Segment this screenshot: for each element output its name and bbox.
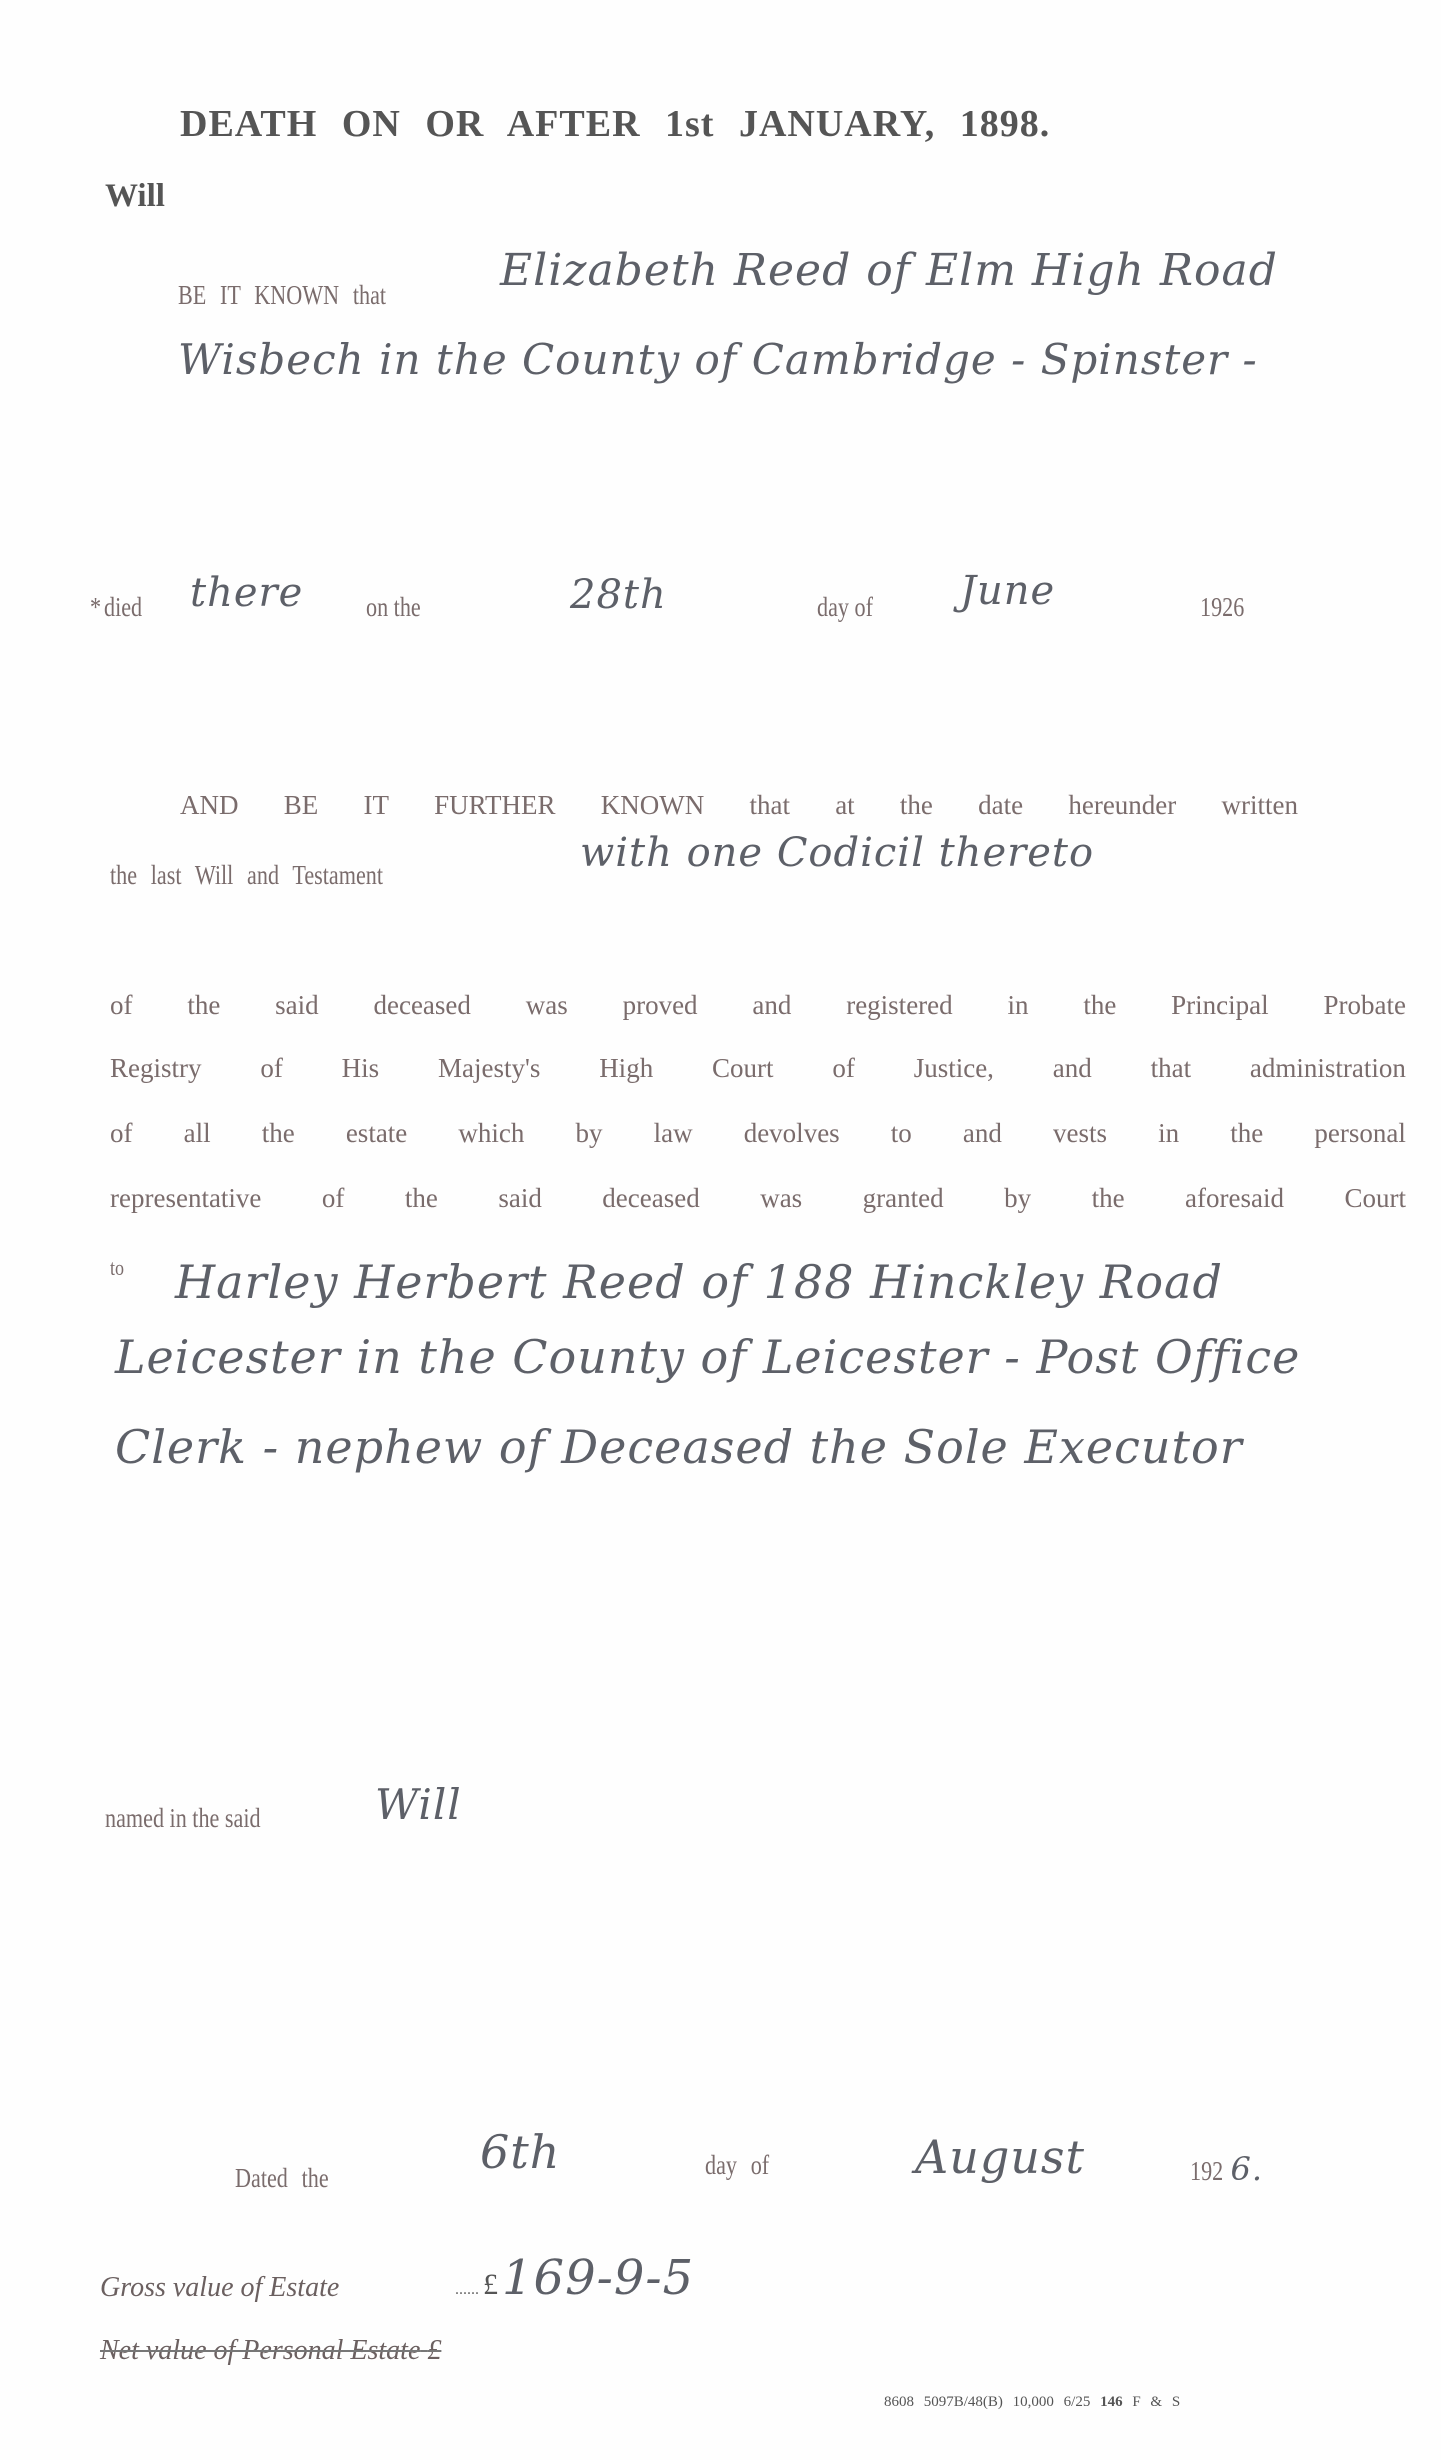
word: the [1092,1183,1125,1214]
paragraph-line-3: of all the estate which by law devolves … [110,1118,1406,1149]
dated-day-handwritten: 6th [480,2125,560,2179]
word: in [1007,990,1028,1021]
dated-year-printed: 192 [1190,2156,1223,2187]
word: Justice, [914,1053,994,1084]
word: the [900,790,933,821]
word: Registry [110,1053,202,1084]
died-label: died [104,592,142,623]
word: aforesaid [1185,1183,1284,1214]
word: High [599,1053,653,1084]
word: Court [1344,1183,1406,1214]
word: the [262,1118,295,1149]
named-in-said-label: named in the said [105,1803,261,1834]
gross-value-handwritten: 169-9-5 [502,2250,694,2306]
paragraph-line-2: Registry of His Majesty's High Court of … [110,1053,1406,1084]
word: BE [284,790,319,821]
word: Majesty's [438,1053,540,1084]
print-run: 10,000 [1013,2394,1054,2410]
codicil-handwritten: with one Codicil thereto [580,830,1094,876]
word: and [963,1118,1002,1149]
net-value-label-struck: Net value of Personal Estate £ [100,2335,441,2367]
word: and [752,990,791,1021]
printer-name: F & S [1132,2394,1180,2410]
word: hereunder [1068,790,1176,821]
death-place-handwritten: there [190,570,303,616]
word: estate [346,1118,407,1149]
grantee-line-2: Leicester in the County of Leicester - P… [115,1330,1300,1384]
word: of [832,1053,855,1084]
word: representative [110,1183,261,1214]
word: of [110,1118,133,1149]
word: granted [863,1183,944,1214]
death-year: 1926 [1200,592,1244,623]
word: proved [623,990,698,1021]
word: Probate [1323,990,1405,1021]
be-it-known-label: BE IT KNOWN that [178,280,386,311]
word: that [1151,1053,1192,1084]
deceased-name-handwritten: Elizabeth Reed of Elm High Road [500,245,1278,296]
word: Court [712,1053,774,1084]
word: registered [846,990,952,1021]
word: of [110,990,133,1021]
word: vests [1053,1118,1107,1149]
word: deceased [373,990,470,1021]
word: personal [1314,1118,1405,1149]
word: devolves [744,1118,840,1149]
document-title: DEATH ON OR AFTER 1st JANUARY, 1898. [180,103,1050,145]
gross-dots: ...... [455,2281,479,2298]
form-ref: 5097B/48(B) [924,2394,1003,2410]
word: written [1222,790,1298,821]
dated-year: 1926. [1190,2150,1263,2188]
dated-year-handwritten: 6. [1231,2150,1264,2188]
dated-day-of-label: day of [705,2150,769,2181]
form-code: 8608 [884,2394,914,2410]
named-will-handwritten: Will [375,1780,462,1829]
net-value-label: Net value of Personal Estate [100,2335,420,2366]
dated-label: Dated the [235,2163,329,2194]
day-of-label: day of [817,592,873,623]
word: FURTHER [434,790,555,821]
paragraph-line-4: representative of the said deceased was … [110,1183,1406,1214]
word: of [322,1183,345,1214]
grantee-line-1: Harley Herbert Reed of 188 Hinckley Road [175,1255,1223,1309]
print-date: 6/25 [1064,2394,1091,2410]
word: and [1053,1053,1092,1084]
on-the-label: on the [366,592,421,623]
word: said [498,1183,542,1214]
word: deceased [602,1183,699,1214]
pound-sign: £ [483,2268,498,2301]
further-known-line: AND BE IT FURTHER KNOWN that at the date… [180,790,1298,821]
word: Principal [1171,990,1268,1021]
word: the [405,1183,438,1214]
gross-value-label: Gross value of Estate [100,2272,339,2304]
grantee-line-3: Clerk - nephew of Deceased the Sole Exec… [115,1420,1243,1474]
death-date-line: * died there on the 28th day of June 192… [90,592,1390,652]
word: in [1158,1118,1179,1149]
footnote-marker: * [90,592,101,623]
word: the [187,990,220,1021]
net-pound-sign: £ [427,2335,441,2366]
printer-codes: 8608 5097B/48(B) 10,000 6/25 146 F & S [884,2394,1180,2411]
death-month-handwritten: June [960,568,1055,614]
paragraph-line-1: of the said deceased was proved and regi… [110,990,1406,1021]
word: to [891,1118,912,1149]
word: of [260,1053,283,1084]
word: AND [180,790,239,821]
to-label: to [110,1255,124,1281]
death-day-handwritten: 28th [570,572,667,618]
word: law [654,1118,693,1149]
word: which [458,1118,524,1149]
word: the [1230,1118,1263,1149]
gross-value: ...... £ 169-9-5 [455,2250,694,2306]
word: that [749,790,790,821]
word: said [275,990,319,1021]
word: IT [363,790,388,821]
word: was [760,1183,802,1214]
form-number: 146 [1100,2394,1123,2410]
word: by [576,1118,603,1149]
last-will-label: the last Will and Testament [110,860,383,891]
word: at [835,790,855,821]
word: all [184,1118,211,1149]
deceased-address-handwritten: Wisbech in the County of Cambridge - Spi… [178,335,1258,384]
word: His [342,1053,380,1084]
word: date [978,790,1023,821]
word: KNOWN [601,790,704,821]
word: by [1004,1183,1031,1214]
word: administration [1250,1053,1406,1084]
word: the [1083,990,1116,1021]
dated-month-handwritten: August [915,2130,1085,2184]
word: was [526,990,568,1021]
document-type: Will [105,178,165,215]
